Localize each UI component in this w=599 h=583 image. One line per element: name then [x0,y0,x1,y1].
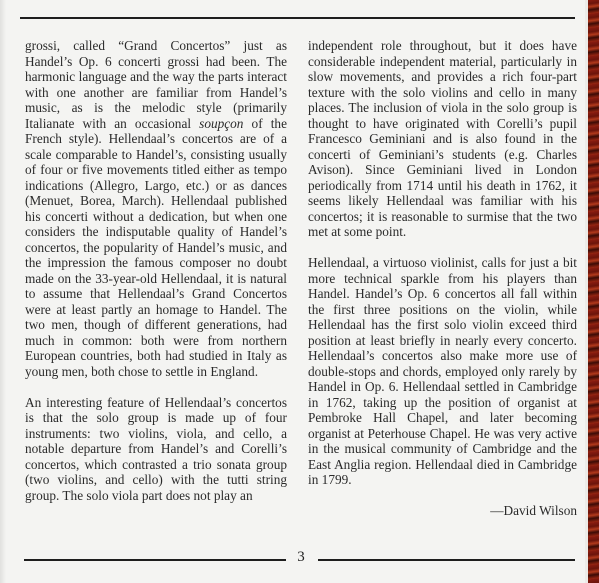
italic-word: soupçon [199,116,243,131]
paragraph-text: of the French style). Hellendaal’s conce… [25,116,287,379]
bottom-rule-right [318,559,575,561]
paragraph: independent role throughout, but it does… [308,38,577,240]
booklet-spine-border [588,0,599,583]
left-text-column: grossi, called “Grand Concertos” just as… [25,38,287,503]
bottom-rule-left [24,559,286,561]
paragraph: An interesting feature of Hellendaal’s c… [25,395,287,504]
paragraph: Hellendaal, a virtuoso violinist, calls … [308,255,577,488]
right-text-column: independent role throughout, but it does… [308,38,577,519]
author-signature: —David Wilson [308,503,577,519]
top-rule [20,17,575,19]
page-left-edge [0,0,6,583]
paragraph: grossi, called “Grand Concertos” just as… [25,38,287,379]
page-number: 3 [291,549,311,566]
